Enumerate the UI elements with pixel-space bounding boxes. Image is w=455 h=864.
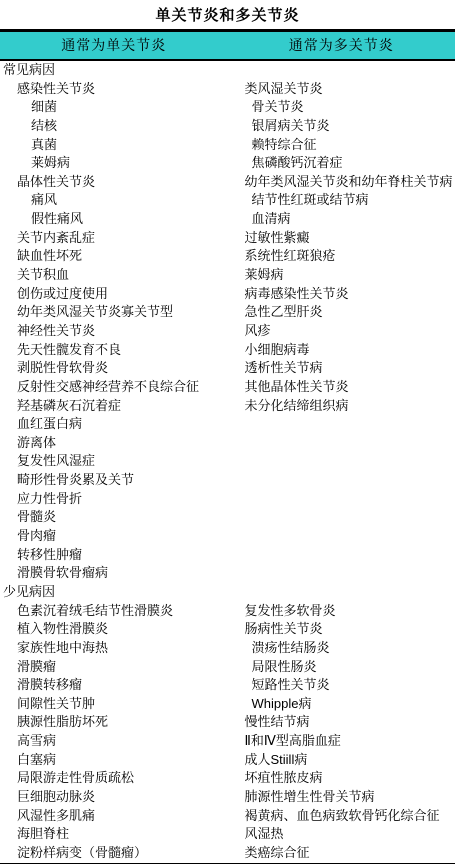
table-row: 白塞病成人Stiill病 [0,751,455,770]
section-row: 少见病因 [0,583,455,602]
polyarticular-cell: 成人Stiill病 [228,751,455,770]
monoarticular-cell: 反射性交感神经营养不良综合征 [0,378,228,397]
monoarticular-cell: 真菌 [0,136,235,155]
table-row: 胰源性脂肪坏死慢性结节病 [0,713,455,732]
polyarticular-cell: 类癌综合征 [228,844,455,863]
table-row: 神经性关节炎风疹 [0,322,455,341]
table-row: 骨髓炎 [0,508,455,527]
polyarticular-cell: Whipple病 [221,695,455,714]
table-row: 家族性地中海热溃疡性结肠炎 [0,639,455,658]
monoarticular-cell: 晶体性关节炎 [0,173,228,192]
polyarticular-cell: 焦磷酸钙沉着症 [235,154,455,173]
table-row: 巨细胞动脉炎肺源性增生性骨关节病 [0,788,455,807]
monoarticular-cell: 细菌 [0,98,235,117]
monoarticular-cell: 高雪病 [0,732,228,751]
polyarticular-cell: 小细胞病毒 [228,341,455,360]
polyarticular-cell: 赖特综合征 [235,136,455,155]
table-row: 转移性肿瘤 [0,546,455,565]
polyarticular-cell: 局限性肠炎 [221,658,455,677]
polyarticular-cell: 其他晶体性关节炎 [228,378,455,397]
table-row: 滑膜瘤局限性肠炎 [0,658,455,677]
monoarticular-cell: 巨细胞动脉炎 [0,788,228,807]
monoarticular-cell: 滑膜骨软骨瘤病 [0,564,228,583]
polyarticular-cell: 风疹 [228,322,455,341]
table-row: 缺血性坏死系统性红斑狼疮 [0,247,455,266]
table-row: 风湿性多肌痛褐黄病、血色病致软骨钙化综合征 [0,807,455,826]
section-header-cell: 少见病因 [0,583,221,602]
table-row: 关节积血莱姆病 [0,266,455,285]
table-row: 结核银屑病关节炎 [0,117,455,136]
table-header-row: 通常为单关节炎 通常为多关节炎 [0,29,455,61]
monoarticular-cell: 家族性地中海热 [0,639,221,658]
monoarticular-cell: 关节积血 [0,266,228,285]
polyarticular-cell: 透析性关节病 [228,359,455,378]
table-row: 色素沉着绒毛结节性滑膜炎复发性多软骨炎 [0,602,455,621]
document-page: 单关节炎和多关节炎 通常为单关节炎 通常为多关节炎 常见病因感染性关节炎类风湿关… [0,0,455,864]
table-row: 剥脱性骨软骨炎透析性关节病 [0,359,455,378]
table-row: 复发性风湿症 [0,452,455,471]
arthritis-causes-table: 通常为单关节炎 通常为多关节炎 常见病因感染性关节炎类风湿关节炎细菌骨关节炎结核… [0,29,455,864]
monoarticular-cell: 痛风 [0,191,235,210]
polyarticular-cell: 幼年类风湿关节炎和幼年脊柱关节病 [228,173,455,192]
polyarticular-cell: 复发性多软骨炎 [228,602,455,621]
monoarticular-cell: 应力性骨折 [0,490,228,509]
monoarticular-cell: 假性痛风 [0,210,235,229]
table-row: 假性痛风血清病 [0,210,455,229]
polyarticular-cell: 过敏性紫癜 [228,229,455,248]
polyarticular-cell: 急性乙型肝炎 [228,303,455,322]
polyarticular-cell: 病毒感染性关节炎 [228,285,455,304]
polyarticular-cell: 肺源性增生性骨关节病 [228,788,455,807]
polyarticular-cell: 溃疡性结肠炎 [221,639,455,658]
table-row: 骨肉瘤 [0,527,455,546]
monoarticular-cell: 局限游走性骨质疏松 [0,769,228,788]
monoarticular-cell: 植入物性滑膜炎 [0,620,228,639]
table-row: 真菌赖特综合征 [0,136,455,155]
table-row: 莱姆病焦磷酸钙沉着症 [0,154,455,173]
monoarticular-cell: 血红蛋白病 [0,415,228,434]
table-row: 痛风结节性红斑或结节病 [0,191,455,210]
polyarticular-cell: 血清病 [235,210,455,229]
monoarticular-cell: 滑膜瘤 [0,658,221,677]
table-row: 应力性骨折 [0,490,455,509]
monoarticular-cell: 间隙性关节肿 [0,695,221,714]
monoarticular-cell: 羟基磷灰石沉着症 [0,397,228,416]
monoarticular-cell: 转移性肿瘤 [0,546,228,565]
table-row: 游离体 [0,434,455,453]
polyarticular-cell: 类风湿关节炎 [228,80,455,99]
polyarticular-cell: 短路性关节炎 [221,676,455,695]
monoarticular-cell: 滑膜转移瘤 [0,676,221,695]
table-row: 间隙性关节肿Whipple病 [0,695,455,714]
table-row: 幼年类风湿关节炎寡关节型急性乙型肝炎 [0,303,455,322]
table-row: 关节内紊乱症过敏性紫癜 [0,229,455,248]
column-header-polyarticular: 通常为多关节炎 [228,32,455,59]
monoarticular-cell: 感染性关节炎 [0,80,228,99]
page-title: 单关节炎和多关节炎 [0,0,455,29]
monoarticular-cell: 游离体 [0,434,228,453]
table-row: 反射性交感神经营养不良综合征其他晶体性关节炎 [0,378,455,397]
polyarticular-cell: 结节性红斑或结节病 [235,191,455,210]
table-row: 感染性关节炎类风湿关节炎 [0,80,455,99]
monoarticular-cell: 缺血性坏死 [0,247,228,266]
table-row: 局限游走性骨质疏松坏疽性脓皮病 [0,769,455,788]
table-row: 海胆脊柱风湿热 [0,825,455,844]
monoarticular-cell: 骨肉瘤 [0,527,228,546]
table-row: 先天性髋发育不良小细胞病毒 [0,341,455,360]
monoarticular-cell: 淀粉样病变（骨髓瘤） [0,844,228,863]
polyarticular-cell: 银屑病关节炎 [235,117,455,136]
polyarticular-cell: 莱姆病 [228,266,455,285]
table-body: 常见病因感染性关节炎类风湿关节炎细菌骨关节炎结核银屑病关节炎真菌赖特综合征莱姆病… [0,61,455,864]
monoarticular-cell: 白塞病 [0,751,228,770]
monoarticular-cell: 剥脱性骨软骨炎 [0,359,228,378]
polyarticular-cell: 褐黄病、血色病致软骨钙化综合征 [228,807,455,826]
polyarticular-cell: 肠病性关节炎 [228,620,455,639]
polyarticular-cell: 骨关节炎 [235,98,455,117]
polyarticular-cell: 坏疽性脓皮病 [228,769,455,788]
table-row: 淀粉样病变（骨髓瘤）类癌综合征 [0,844,455,863]
monoarticular-cell: 莱姆病 [0,154,235,173]
table-row: 羟基磷灰石沉着症未分化结缔组织病 [0,397,455,416]
table-row: 滑膜转移瘤短路性关节炎 [0,676,455,695]
table-row: 畸形性骨炎累及关节 [0,471,455,490]
polyarticular-cell: 慢性结节病 [228,713,455,732]
monoarticular-cell: 先天性髋发育不良 [0,341,228,360]
table-row: 细菌骨关节炎 [0,98,455,117]
monoarticular-cell: 关节内紊乱症 [0,229,228,248]
section-header-cell: 常见病因 [0,61,221,80]
polyarticular-cell: 系统性红斑狼疮 [228,247,455,266]
monoarticular-cell: 胰源性脂肪坏死 [0,713,228,732]
monoarticular-cell: 风湿性多肌痛 [0,807,228,826]
monoarticular-cell: 骨髓炎 [0,508,228,527]
column-header-monoarticular: 通常为单关节炎 [0,32,228,59]
monoarticular-cell: 结核 [0,117,235,136]
monoarticular-cell: 神经性关节炎 [0,322,228,341]
polyarticular-cell: 未分化结缔组织病 [228,397,455,416]
table-row: 晶体性关节炎幼年类风湿关节炎和幼年脊柱关节病 [0,173,455,192]
table-row: 血红蛋白病 [0,415,455,434]
table-row: 高雪病Ⅱ和Ⅳ型高脂血症 [0,732,455,751]
monoarticular-cell: 色素沉着绒毛结节性滑膜炎 [0,602,228,621]
monoarticular-cell: 复发性风湿症 [0,452,228,471]
table-row: 植入物性滑膜炎肠病性关节炎 [0,620,455,639]
monoarticular-cell: 幼年类风湿关节炎寡关节型 [0,303,228,322]
polyarticular-cell: 风湿热 [228,825,455,844]
table-row: 创伤或过度使用病毒感染性关节炎 [0,285,455,304]
polyarticular-cell: Ⅱ和Ⅳ型高脂血症 [228,732,455,751]
monoarticular-cell: 畸形性骨炎累及关节 [0,471,228,490]
section-row: 常见病因 [0,61,455,80]
monoarticular-cell: 海胆脊柱 [0,825,228,844]
monoarticular-cell: 创伤或过度使用 [0,285,228,304]
table-row: 滑膜骨软骨瘤病 [0,564,455,583]
